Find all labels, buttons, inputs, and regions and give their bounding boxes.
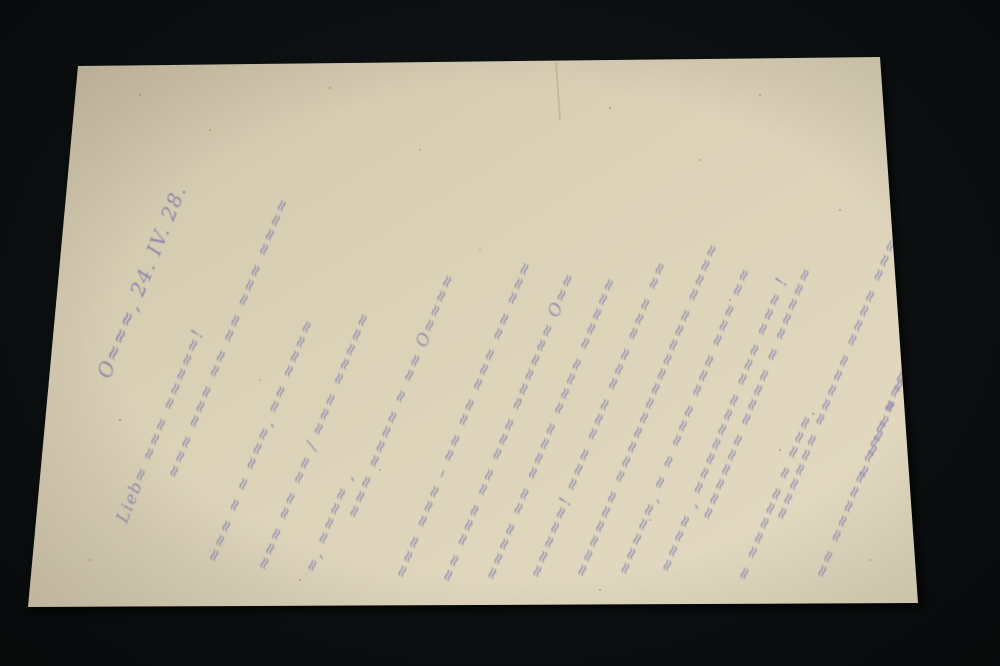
photo-scene: O≈≈≈, 24. IV. 28.Lieb≈ ≈≈≈ ≈≈≈≈≈!≈≈≈ ≈≈≈… (0, 0, 1000, 666)
handwritten-letter: O≈≈≈, 24. IV. 28.Lieb≈ ≈≈≈ ≈≈≈≈≈!≈≈≈ ≈≈≈… (0, 0, 1000, 666)
handwriting-line: ≈≈≈ ≈≈≈≈ ≈ ≈≈ O≈≈≈≈ (343, 171, 500, 522)
